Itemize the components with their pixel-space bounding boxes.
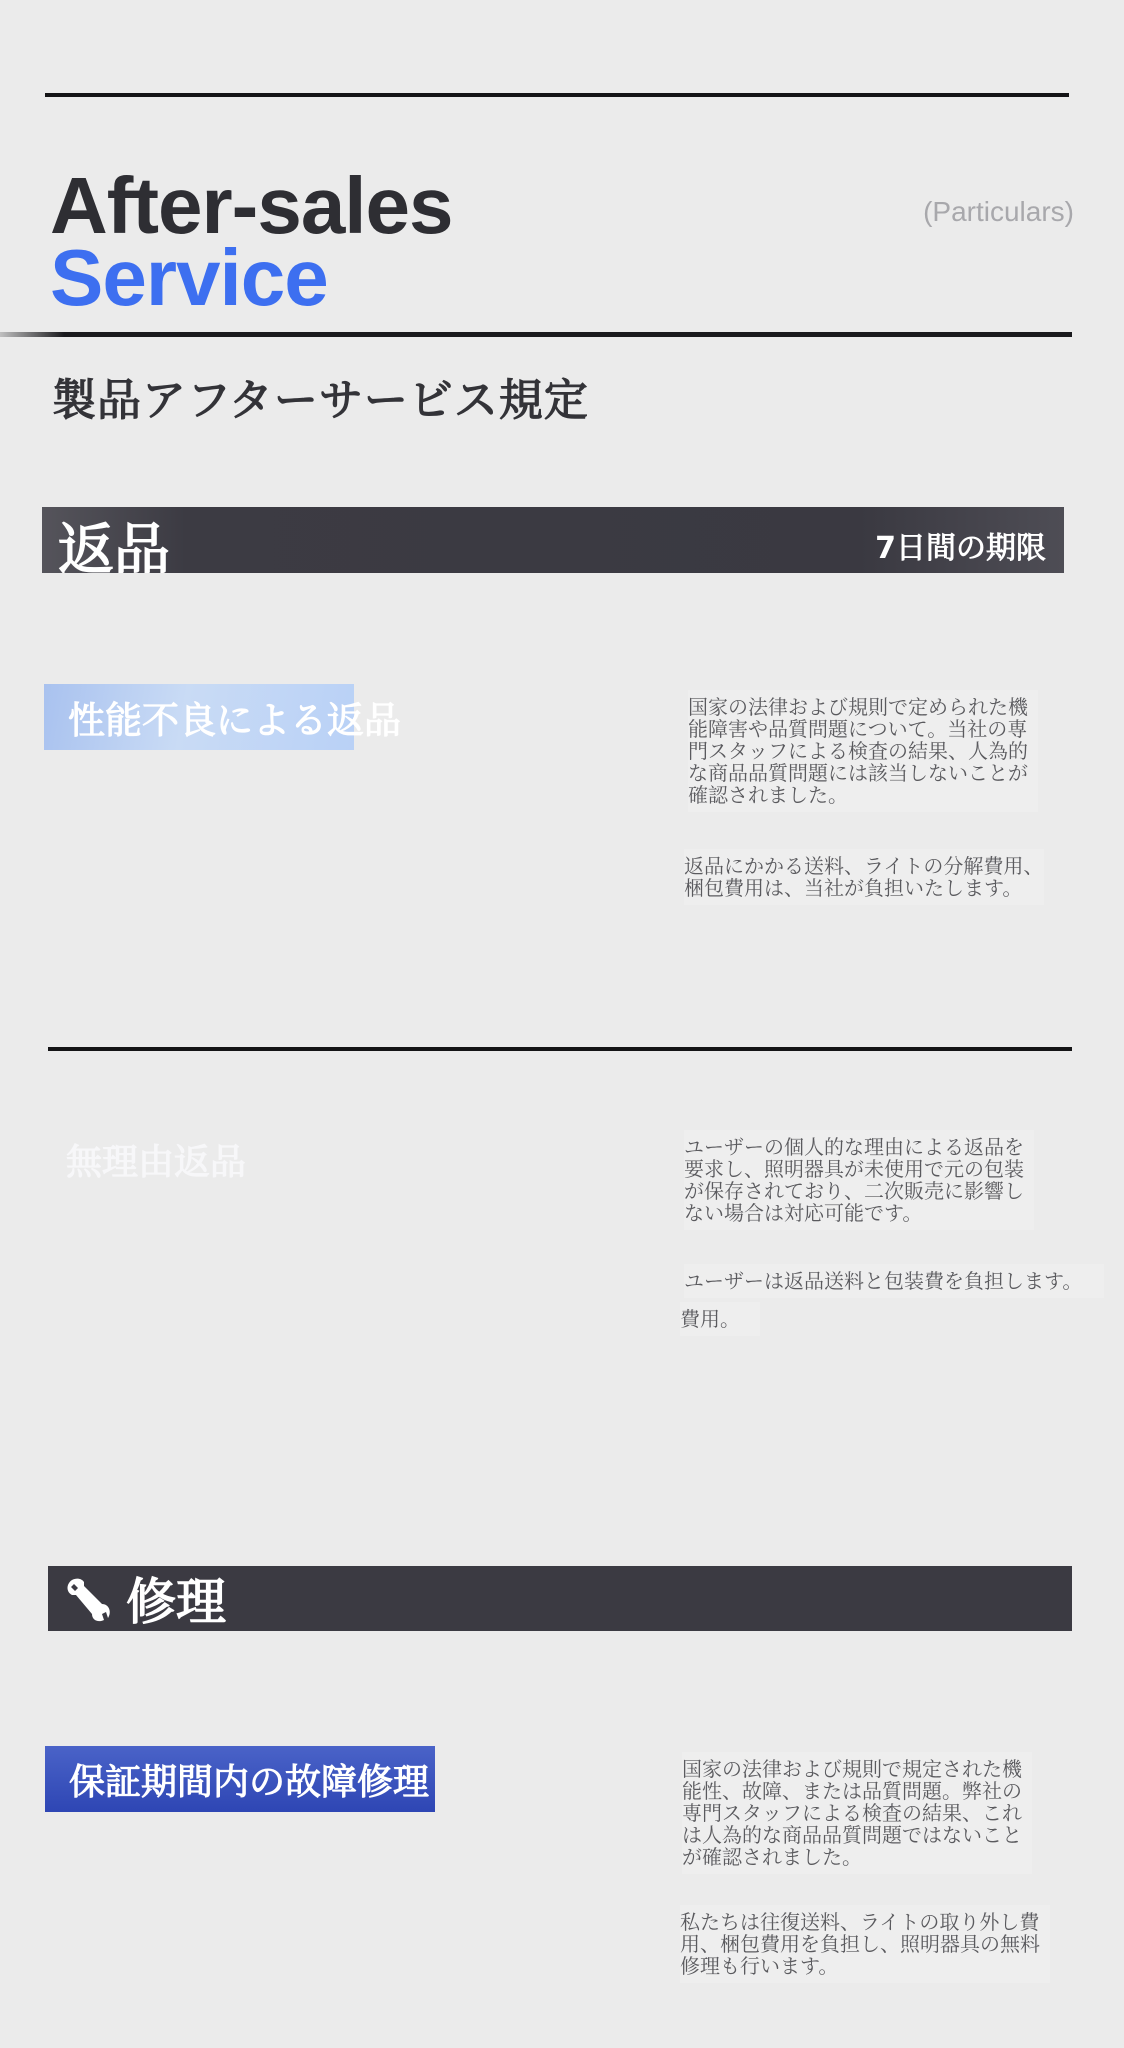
after-sales-page: After-sales Service (Particulars) 製品アフター…: [0, 0, 1124, 2048]
defect-return-condition: 国家の法律および規則で定められた機能障害や品質問題について。当社の専門スタッフに…: [688, 690, 1038, 812]
section-divider: [48, 1047, 1072, 1051]
page-title: After-sales Service: [50, 170, 453, 314]
section-header-repair: 修理: [48, 1566, 1072, 1631]
title-divider: [0, 332, 1072, 337]
page-subtitle: 製品アフターサービス規定: [52, 364, 589, 428]
particulars-label: (Particulars): [923, 196, 1074, 228]
no-reason-return-cost: ユーザーは返品送料と包装費を負担します。: [684, 1264, 1104, 1298]
no-reason-return-condition: ユーザーの個人的な理由による返品を要求し、照明器具が未使用で元の包装が保存されて…: [684, 1130, 1034, 1230]
return-period-label: 7日間の期限: [875, 523, 1046, 567]
no-reason-return-cost-tail: 費用。: [680, 1302, 760, 1336]
top-divider: [45, 93, 1069, 97]
section-header-returns: 返品 7日間の期限: [42, 507, 1064, 573]
section-title: 返品: [58, 521, 170, 573]
defect-return-cost: 返品にかかる送料、ライトの分解費用、梱包費用は、当社が負担いたします。: [684, 849, 1044, 905]
section-title: 修理: [126, 1572, 226, 1631]
tag-defect-return: 性能不良による返品: [44, 684, 354, 750]
tag-no-reason-return: 無理由返品: [32, 1126, 322, 1192]
warranty-repair-cost: 私たちは往復送料、ライトの取り外し費用、梱包費用を負担し、照明器具の無料修理も行…: [680, 1905, 1050, 1983]
wrench-icon: [62, 1576, 112, 1626]
title-line-2: Service: [50, 242, 453, 314]
warranty-repair-condition: 国家の法律および規則で規定された機能性、故障、または品質問題。弊社の専門スタッフ…: [682, 1752, 1032, 1874]
tag-warranty-repair: 保証期間内の故障修理: [45, 1746, 435, 1812]
